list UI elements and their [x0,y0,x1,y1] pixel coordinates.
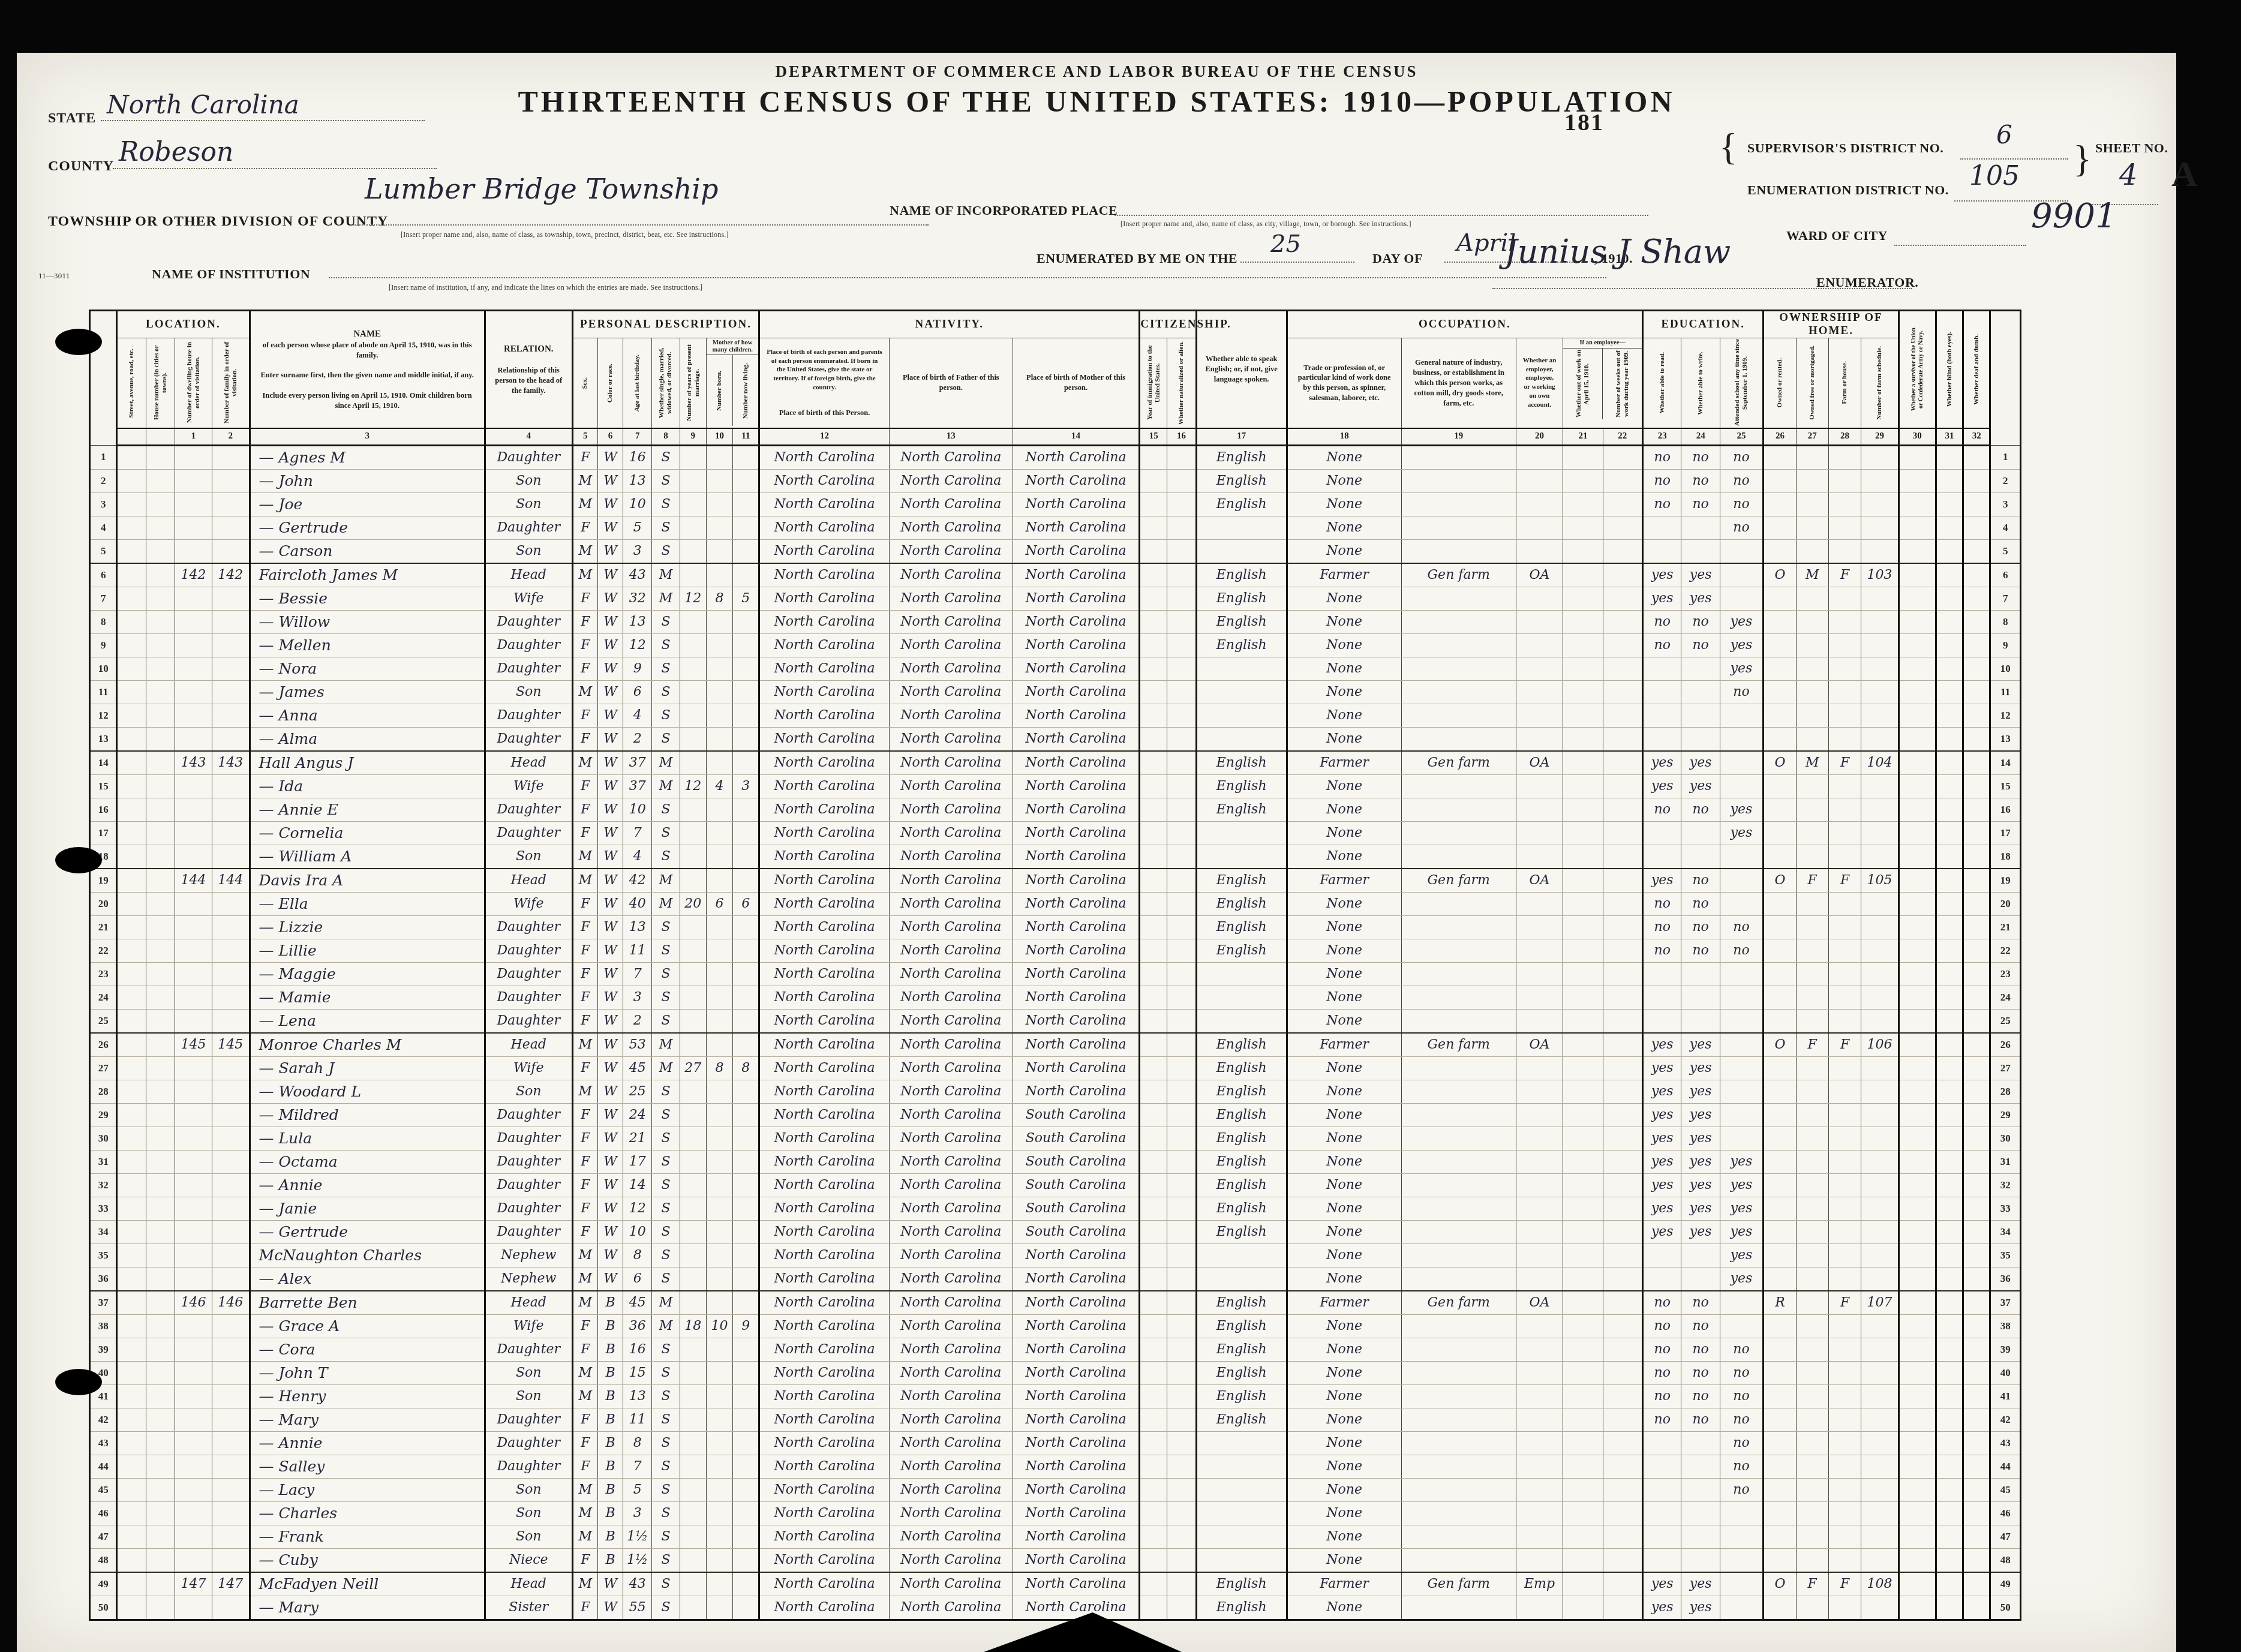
census-sheet: DEPARTMENT OF COMMERCE AND LABOR BUREAU … [17,53,2176,1652]
field-cell: North Carolina [889,1291,1013,1315]
name-cell: — Annie [250,1431,485,1455]
field-cell [1963,680,1990,704]
field-cell [1764,915,1796,939]
field-cell [1603,1080,1642,1103]
person-row: 7— BessieWifeFW32M1285North CarolinaNort… [90,587,2021,610]
field-cell: Farmer [1287,1572,1401,1596]
field-cell [1401,962,1516,986]
field-cell: North Carolina [759,1478,889,1501]
field-cell [1643,821,1681,845]
line-number: 31 [1990,1150,2021,1173]
field-cell [1861,1197,1898,1220]
field-cell [1828,1150,1861,1173]
field-cell: 24 [623,1103,652,1127]
field-cell [146,1572,175,1596]
field-cell: no [1681,1291,1720,1315]
field-cell [1898,1033,1936,1057]
line-number: 16 [1990,798,2021,821]
field-cell: English [1196,1572,1287,1596]
field-cell [175,1501,212,1525]
field-cell: Niece [485,1548,572,1572]
field-cell [1516,633,1563,657]
field-cell [146,445,175,469]
col-family-head: Number of family in order of visitation. [212,338,250,428]
field-cell [680,1009,706,1033]
field-cell [1196,962,1287,986]
field-cell: 5 [623,1478,652,1501]
field-cell [1401,774,1516,798]
field-cell [1603,610,1642,633]
field-cell: North Carolina [1013,892,1139,915]
field-cell [1796,516,1828,539]
line-number: 27 [90,1056,117,1080]
field-cell: South Carolina [1013,1150,1139,1173]
field-cell [1563,798,1603,821]
field-cell: Head [485,563,572,587]
field-cell [1936,751,1963,775]
field-cell: F [572,774,597,798]
person-row: 26145145Monroe Charles MHeadMW53MNorth C… [90,1033,2021,1057]
field-cell: W [597,751,623,775]
field-cell [1563,633,1603,657]
field-cell [706,469,732,492]
field-cell: None [1287,539,1401,563]
field-cell: O [1764,869,1796,893]
field-cell [146,798,175,821]
col-if-employee-head: If an employee— Whether out of work on A… [1563,338,1643,428]
field-cell [1963,962,1990,986]
field-cell [733,798,759,821]
field-cell [1963,1408,1990,1431]
line-number: 20 [1990,892,2021,915]
field-cell: 9 [733,1314,759,1338]
field-cell: North Carolina [889,1009,1013,1033]
field-cell: B [597,1455,623,1478]
person-row: 25— LenaDaughterFW2SNorth CarolinaNorth … [90,1009,2021,1033]
field-cell [1167,915,1196,939]
line-number: 13 [1990,727,2021,751]
field-cell [1861,962,1898,986]
field-cell: North Carolina [889,939,1013,962]
field-cell [175,610,212,633]
field-cell [146,892,175,915]
field-cell [1516,1431,1563,1455]
field-cell: F [1828,1572,1861,1596]
field-cell [1861,1127,1898,1150]
field-cell: North Carolina [889,516,1013,539]
field-cell [146,469,175,492]
field-cell [733,1408,759,1431]
field-cell: North Carolina [889,1056,1013,1080]
field-cell: no [1720,1431,1763,1455]
field-cell [1936,1150,1963,1173]
field-cell [1898,492,1936,516]
field-cell [1563,1408,1603,1431]
field-cell [680,798,706,821]
field-cell [733,1596,759,1620]
line-number: 36 [90,1267,117,1291]
field-cell: Gen farm [1401,1572,1516,1596]
field-cell [1796,610,1828,633]
field-cell [680,1033,706,1057]
field-cell [1196,1267,1287,1291]
field-cell [1167,1009,1196,1033]
field-cell: North Carolina [889,657,1013,680]
field-cell: M [652,774,680,798]
field-cell: W [597,1267,623,1291]
field-cell: None [1287,1150,1401,1173]
field-cell [117,1291,146,1315]
field-cell: yes [1681,1173,1720,1197]
field-cell [117,1338,146,1361]
field-cell [1140,774,1167,798]
name-cell: McNaughton Charles [250,1243,485,1267]
field-cell: Farmer [1287,751,1401,775]
field-cell [1401,657,1516,680]
name-cell: — Maggie [250,962,485,986]
field-cell: None [1287,610,1401,633]
field-cell: S [652,610,680,633]
field-cell [146,1033,175,1057]
field-cell [1516,1127,1563,1150]
field-cell: 108 [1861,1572,1898,1596]
field-cell: None [1287,1103,1401,1127]
col-farmhouse-head: Farm or house. [1828,338,1861,428]
field-cell [1796,1384,1828,1408]
field-cell: North Carolina [889,633,1013,657]
line-number: 9 [90,633,117,657]
person-row: 24— MamieDaughterFW3SNorth CarolinaNorth… [90,986,2021,1009]
census-scan-page: { "form": { "dept_line": "DEPARTMENT OF … [0,0,2241,1652]
field-cell: yes [1720,1220,1763,1243]
field-cell: 12 [623,633,652,657]
field-cell: North Carolina [889,869,1013,893]
field-cell [733,1009,759,1033]
field-cell [175,680,212,704]
field-cell: B [597,1501,623,1525]
field-cell: North Carolina [889,821,1013,845]
field-cell [1764,1127,1796,1150]
field-cell: English [1196,892,1287,915]
line-number: 48 [90,1548,117,1572]
field-cell [1861,1103,1898,1127]
field-cell [1828,516,1861,539]
column-number: 5 [572,428,597,446]
field-cell: no [1681,939,1720,962]
field-cell [146,1384,175,1408]
field-cell [212,727,250,751]
field-cell: Daughter [485,516,572,539]
field-cell: English [1196,1056,1287,1080]
field-cell: O [1764,1572,1796,1596]
name-cell: — James [250,680,485,704]
field-cell: W [597,563,623,587]
field-cell [1796,1478,1828,1501]
field-cell [146,516,175,539]
line-number: 20 [90,892,117,915]
field-cell [1603,1361,1642,1384]
field-cell: no [1643,469,1681,492]
field-cell: M [572,1525,597,1548]
field-cell [117,1384,146,1408]
field-cell [1563,939,1603,962]
field-cell: North Carolina [759,1338,889,1361]
field-cell [1167,1501,1196,1525]
field-cell [1516,845,1563,869]
col-bp-self-head: Place of birth of each person and parent… [759,338,889,428]
field-cell [212,680,250,704]
field-cell [1764,1243,1796,1267]
line-number: 29 [1990,1103,2021,1127]
field-cell: M [652,1033,680,1057]
field-cell [1861,986,1898,1009]
field-cell: Daughter [485,821,572,845]
field-cell: None [1287,892,1401,915]
field-cell: W [597,445,623,469]
field-cell: North Carolina [889,1338,1013,1361]
field-cell [1603,798,1642,821]
field-cell: F [572,1056,597,1080]
field-cell [1603,1572,1642,1596]
line-number: 17 [90,821,117,845]
field-cell [1936,798,1963,821]
field-cell [1861,1408,1898,1431]
person-row: 32— AnnieDaughterFW14SNorth CarolinaNort… [90,1173,2021,1197]
field-cell: 43 [623,563,652,587]
field-cell [1861,892,1898,915]
field-cell [117,1501,146,1525]
line-number: 41 [1990,1384,2021,1408]
field-cell [1167,587,1196,610]
field-cell [1563,1525,1603,1548]
field-cell [1796,1596,1828,1620]
field-cell [1764,610,1796,633]
field-cell: W [597,962,623,986]
field-cell: North Carolina [759,1127,889,1150]
field-cell [1563,1056,1603,1080]
field-cell: Head [485,751,572,775]
col-marital-head: Whether single, married, widowed, or div… [652,338,680,428]
field-cell [1764,516,1796,539]
field-cell: 3 [623,539,652,563]
field-cell [1643,1478,1681,1501]
field-cell [1963,1478,1990,1501]
col-farmnum-head: Number of farm schedule. [1861,338,1898,428]
line-number: 2 [90,469,117,492]
field-cell [1167,774,1196,798]
field-cell: Daughter [485,657,572,680]
field-cell [1796,1220,1828,1243]
field-cell [1720,1572,1763,1596]
field-cell [1861,680,1898,704]
field-cell: North Carolina [759,1501,889,1525]
field-cell: 145 [212,1033,250,1057]
field-cell [733,986,759,1009]
field-cell [146,915,175,939]
field-cell: F [1828,1033,1861,1057]
field-cell [146,1243,175,1267]
field-cell [1140,1455,1167,1478]
field-cell: F [572,610,597,633]
field-cell [1796,821,1828,845]
field-cell [1936,563,1963,587]
field-cell [1643,704,1681,727]
field-cell: Daughter [485,445,572,469]
field-cell [733,1127,759,1150]
field-cell [1516,1080,1563,1103]
line-number: 27 [1990,1056,2021,1080]
field-cell [1516,1009,1563,1033]
field-cell: 8 [706,1056,732,1080]
institution-label: Name of institution [152,266,310,282]
field-cell [1401,587,1516,610]
supervisor-label: Supervisor's District No. [1747,140,1943,156]
field-cell: 104 [1861,751,1898,775]
field-cell: Son [485,539,572,563]
field-cell [1764,1501,1796,1525]
name-cell: — Woodard L [250,1080,485,1103]
field-cell: yes [1720,821,1763,845]
township-rule [353,206,929,226]
field-cell [1936,892,1963,915]
field-cell [117,563,146,587]
field-cell [1720,704,1763,727]
field-cell: North Carolina [1013,821,1139,845]
field-cell [1828,633,1861,657]
line-number: 12 [1990,704,2021,727]
field-cell: M [1796,563,1828,587]
field-cell [117,869,146,893]
field-cell [1563,587,1603,610]
line-number: 28 [1990,1080,2021,1103]
field-cell [1796,1314,1828,1338]
field-cell: 12 [680,587,706,610]
field-cell: North Carolina [889,1267,1013,1291]
name-cell: — Grace A [250,1314,485,1338]
field-cell: English [1196,939,1287,962]
field-cell [1861,1220,1898,1243]
field-cell: no [1643,1338,1681,1361]
field-cell [1563,1009,1603,1033]
field-cell [733,1150,759,1173]
field-cell [1898,469,1936,492]
field-cell: no [1643,1314,1681,1338]
field-cell: W [597,1127,623,1150]
field-cell [1603,469,1642,492]
field-cell: S [652,704,680,727]
field-cell [1861,704,1898,727]
person-row: 23— MaggieDaughterFW7SNorth CarolinaNort… [90,962,2021,986]
field-cell: Son [485,1478,572,1501]
field-cell [1764,539,1796,563]
field-cell: S [652,727,680,751]
field-cell: 10 [623,492,652,516]
field-cell [733,1478,759,1501]
field-cell: yes [1643,1056,1681,1080]
field-cell: F [572,1173,597,1197]
field-cell: M [572,469,597,492]
field-cell [1936,774,1963,798]
field-cell: W [597,1150,623,1173]
field-cell [1936,869,1963,893]
field-cell [1720,1314,1763,1338]
field-cell: S [652,1548,680,1572]
field-cell [1167,1127,1196,1150]
field-cell [1563,1361,1603,1384]
field-cell: None [1287,821,1401,845]
field-cell [1828,1103,1861,1127]
field-cell: North Carolina [1013,962,1139,986]
field-cell: North Carolina [889,1314,1013,1338]
field-cell [146,1548,175,1572]
field-cell: W [597,1033,623,1057]
field-cell [1764,1478,1796,1501]
field-cell [1828,1173,1861,1197]
name-cell: — Bessie [250,587,485,610]
field-cell [706,1033,732,1057]
name-cell: — Mary [250,1408,485,1431]
col-industry-head: General nature of industry, business, or… [1401,338,1516,428]
field-cell: None [1287,1197,1401,1220]
field-cell [1796,845,1828,869]
field-cell [1796,539,1828,563]
field-cell [146,704,175,727]
field-cell [1720,774,1763,798]
line-number: 44 [1990,1455,2021,1478]
field-cell [1764,1408,1796,1431]
field-cell: yes [1681,1127,1720,1150]
col-bp-father-head: Place of birth of Father of this person. [889,338,1013,428]
column-number: 32 [1963,428,1990,446]
field-cell: North Carolina [889,1173,1013,1197]
field-cell [117,1243,146,1267]
field-cell [1963,1548,1990,1572]
field-cell: North Carolina [1013,587,1139,610]
field-cell [1167,1220,1196,1243]
field-cell: F [572,915,597,939]
field-cell [1796,1103,1828,1127]
line-number: 43 [1990,1431,2021,1455]
field-cell [1401,1197,1516,1220]
field-cell [1764,1150,1796,1173]
col-blind-head: Whether blind (both eyes). [1936,311,1963,428]
field-cell [1563,1501,1603,1525]
field-cell [1603,1291,1642,1315]
field-cell [680,1431,706,1455]
field-cell: Son [485,1080,572,1103]
field-cell [1861,821,1898,845]
field-cell: 14 [623,1173,652,1197]
field-cell [146,869,175,893]
field-cell [1898,1127,1936,1150]
field-cell: W [597,821,623,845]
field-cell [1516,587,1563,610]
field-cell [733,610,759,633]
field-cell [680,516,706,539]
field-cell [1898,1291,1936,1315]
field-cell: English [1196,1127,1287,1150]
field-cell [175,1408,212,1431]
line-number: 21 [1990,915,2021,939]
field-cell: North Carolina [889,1080,1013,1103]
field-cell [1936,1033,1963,1057]
name-cell: — Joe [250,492,485,516]
column-number: 25 [1720,428,1763,446]
field-cell: no [1643,610,1681,633]
name-cell: — Annie [250,1173,485,1197]
name-cell: — Octama [250,1150,485,1173]
person-row: 11— JamesSonMW6SNorth CarolinaNorth Caro… [90,680,2021,704]
